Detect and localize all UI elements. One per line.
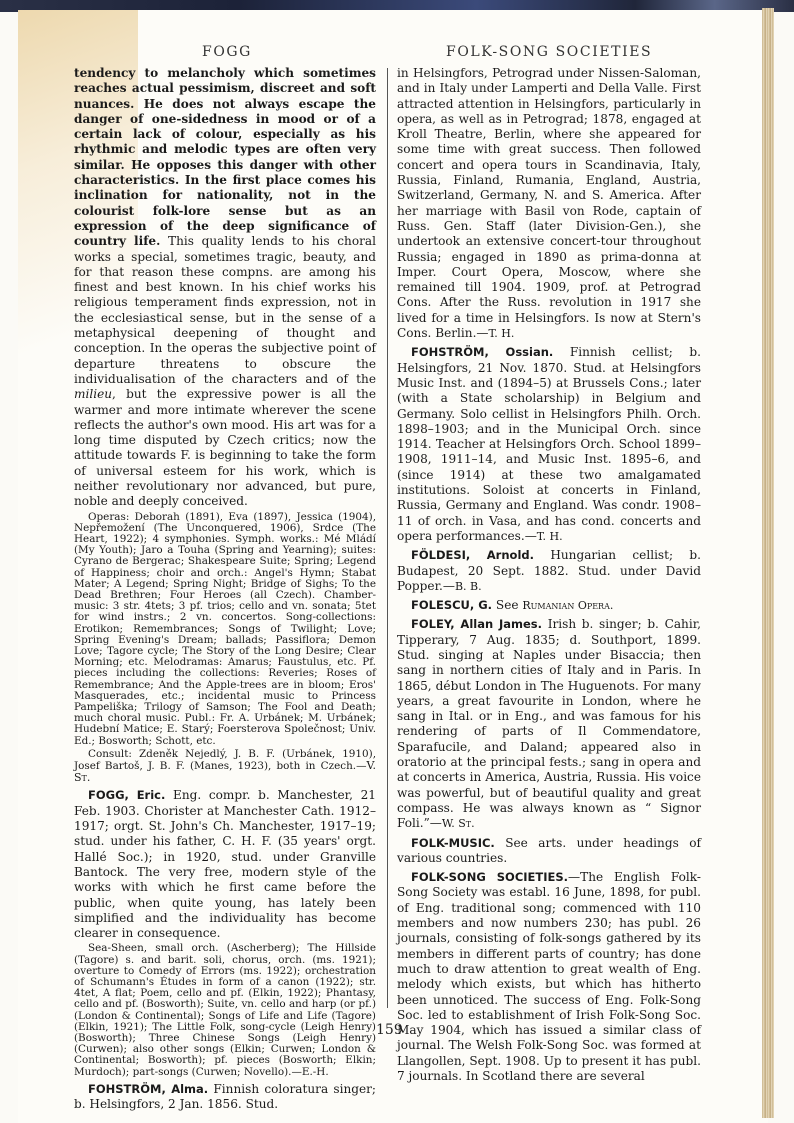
entry-fogg: FOGG, Eric. Eng. compr. b. Manchester, 2…	[74, 788, 376, 941]
fibich-continuation: tendency to melancholy which sometimes r…	[74, 66, 376, 510]
page-number: 159	[376, 1022, 403, 1038]
cross-reference-link: Rumanian Opera.	[522, 599, 613, 612]
running-head-left: FOGG	[202, 44, 252, 60]
left-column: tendency to melancholy which sometimes r…	[74, 66, 376, 1112]
column-rule	[387, 68, 388, 1008]
right-column: in Helsingfors, Petrograd under Nissen-S…	[397, 66, 701, 1084]
entry-fohstrom-alma: FOHSTRÖM, Alma. Finnish coloratura singe…	[74, 1082, 376, 1113]
running-head-right: FOLK-SONG SOCIETIES	[446, 44, 652, 60]
entry-folk-song-societies: FOLK-SONG SOCIETIES.—The English Folk-So…	[397, 870, 701, 1084]
alma-continuation: in Helsingfors, Petrograd under Nissen-S…	[397, 66, 701, 341]
entry-fohstrom-ossian: FOHSTRÖM, Ossian. Finnish cellist; b. He…	[397, 345, 701, 544]
fogg-works-list: Sea-Sheen, small orch. (Ascherberg); The…	[74, 943, 376, 1077]
entry-foley: FOLEY, Allan James. Irish b. singer; b. …	[397, 617, 701, 831]
fibich-consult: Consult: Zdeněk Nejedlý, J. B. F. (Urbán…	[74, 749, 376, 785]
entry-foldesi: FÖLDESI, Arnold. Hungarian cellist; b. B…	[397, 548, 701, 594]
entry-folk-music: FOLK-MUSIC. See arts. under headings of …	[397, 836, 701, 867]
entry-folescu: FOLESCU, G. See Rumanian Opera.	[397, 598, 701, 613]
fibich-works-list: Operas: Deborah (1891), Eva (1897), Jess…	[74, 512, 376, 747]
page-edges	[762, 8, 774, 1118]
